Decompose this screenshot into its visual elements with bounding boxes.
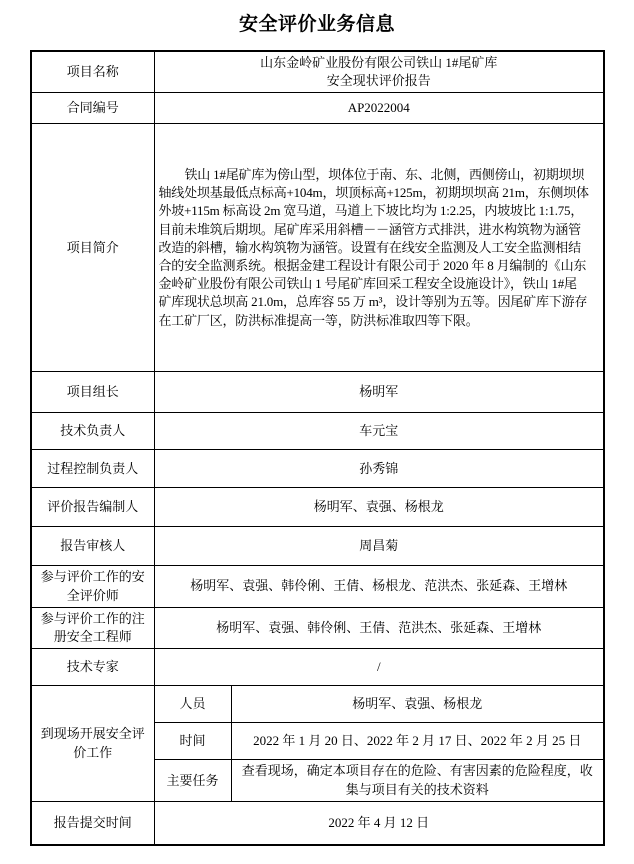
tech-director-label: 技术负责人	[31, 413, 154, 450]
site-work-label: 到现场开展安全评价工作	[31, 686, 154, 802]
project-leader-label: 项目组长	[31, 372, 154, 413]
project-name-label: 项目名称	[31, 51, 154, 93]
registered-engineers-label: 参与评价工作的注册安全工程师	[31, 607, 154, 648]
tech-experts-value: /	[154, 649, 604, 686]
safety-assessors-label: 参与评价工作的安全评价师	[31, 566, 154, 607]
row-contract-no: 合同编号 AP2022004	[31, 93, 604, 124]
site-work-task-value: 查看现场，确定本项目存在的危险、有害因素的危险程度，收集与项目有关的技术资料	[231, 760, 604, 802]
row-registered-engineers: 参与评价工作的注册安全工程师 杨明军、袁强、韩伶俐、王倩、范洪杰、张延森、王增林	[31, 607, 604, 648]
process-director-label: 过程控制负责人	[31, 450, 154, 488]
row-site-work-personnel: 到现场开展安全评价工作 人员 杨明军、袁强、杨根龙	[31, 686, 604, 723]
row-tech-director: 技术负责人 车元宝	[31, 413, 604, 450]
info-table: 项目名称 山东金岭矿业股份有限公司铁山 1#尾矿库 安全现状评价报告 合同编号 …	[30, 50, 605, 846]
site-work-personnel-value: 杨明军、袁强、杨根龙	[231, 686, 604, 723]
project-leader-value: 杨明军	[154, 372, 604, 413]
project-intro-label: 项目简介	[31, 124, 154, 372]
report-reviewer-label: 报告审核人	[31, 527, 154, 566]
safety-assessors-value: 杨明军、袁强、韩伶俐、王倩、杨根龙、范洪杰、张延森、王增林	[154, 566, 604, 607]
document-page: 安全评价业务信息 项目名称 山东金岭矿业股份有限公司铁山 1#尾矿库 安全现状评…	[0, 0, 634, 864]
page-title: 安全评价业务信息	[0, 13, 634, 37]
registered-engineers-value: 杨明军、袁强、韩伶俐、王倩、范洪杰、张延森、王增林	[154, 607, 604, 648]
row-process-director: 过程控制负责人 孙秀锦	[31, 450, 604, 488]
row-project-name: 项目名称 山东金岭矿业股份有限公司铁山 1#尾矿库 安全现状评价报告	[31, 51, 604, 93]
row-project-intro: 项目简介 铁山 1#尾矿库为傍山型，坝体位于南、东、北侧，西侧傍山，初期坝坝 轴…	[31, 124, 604, 372]
row-report-compilers: 评价报告编制人 杨明军、袁强、杨根龙	[31, 488, 604, 527]
site-work-time-value: 2022 年 1 月 20 日、2022 年 2 月 17 日、2022 年 2…	[231, 723, 604, 760]
report-compilers-label: 评价报告编制人	[31, 488, 154, 527]
site-work-personnel-label: 人员	[154, 686, 231, 723]
contract-no-label: 合同编号	[31, 93, 154, 124]
site-work-time-label: 时间	[154, 723, 231, 760]
row-safety-assessors: 参与评价工作的安全评价师 杨明军、袁强、韩伶俐、王倩、杨根龙、范洪杰、张延森、王…	[31, 566, 604, 607]
project-intro-value: 铁山 1#尾矿库为傍山型，坝体位于南、东、北侧，西侧傍山，初期坝坝 轴线处坝基最…	[154, 124, 604, 372]
row-report-reviewer: 报告审核人 周昌菊	[31, 527, 604, 566]
project-name-value: 山东金岭矿业股份有限公司铁山 1#尾矿库 安全现状评价报告	[154, 51, 604, 93]
report-reviewer-value: 周昌菊	[154, 527, 604, 566]
site-work-task-label: 主要任务	[154, 760, 231, 802]
row-submit-time: 报告提交时间 2022 年 4 月 12 日	[31, 802, 604, 845]
process-director-value: 孙秀锦	[154, 450, 604, 488]
contract-no-value: AP2022004	[154, 93, 604, 124]
report-compilers-value: 杨明军、袁强、杨根龙	[154, 488, 604, 527]
tech-experts-label: 技术专家	[31, 649, 154, 686]
row-tech-experts: 技术专家 /	[31, 649, 604, 686]
row-project-leader: 项目组长 杨明军	[31, 372, 604, 413]
submit-time-value: 2022 年 4 月 12 日	[154, 802, 604, 845]
submit-time-label: 报告提交时间	[31, 802, 154, 845]
tech-director-value: 车元宝	[154, 413, 604, 450]
